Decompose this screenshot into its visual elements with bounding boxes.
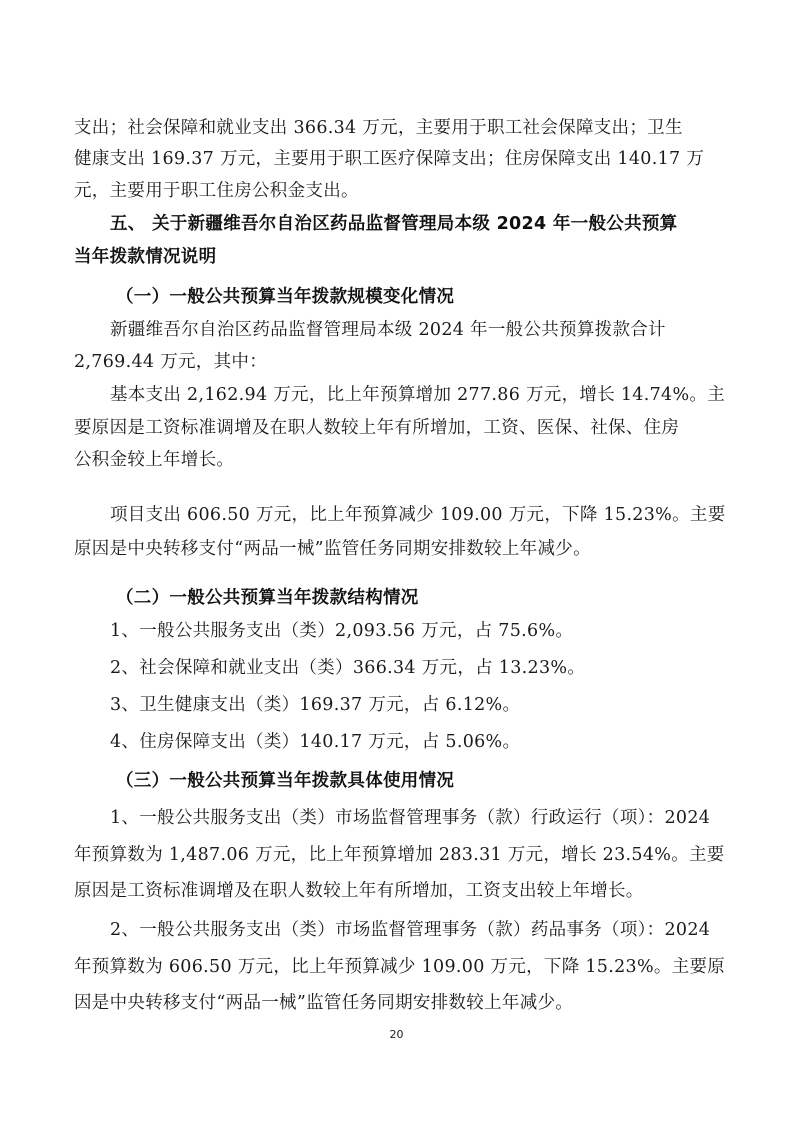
usage-item-2-cont1: 年预算数为 606.50 万元，比上年预算减少 109.00 万元，下降 15.…: [74, 955, 720, 979]
project-expenditure-para-cont: 原因是中央转移支付“两品一械”监管任务同期安排数较上年减少。: [74, 537, 720, 561]
subsection-3-title: （三）一般公共预算当年拨款具体使用情况: [116, 769, 762, 793]
basic-expenditure-para-cont2: 公积金较上年增长。: [74, 448, 720, 472]
continuation-line-3: 元，主要用于职工住房公积金支出。: [74, 179, 720, 203]
basic-expenditure-para: 基本支出 2,162.94 万元，比上年预算增加 277.86 万元，增长 14…: [110, 383, 756, 407]
section-five-title-cont: 当年拨款情况说明: [74, 245, 720, 269]
subsection-1-para1: 新疆维吾尔自治区药品监督管理局本级 2024 年一般公共预算拨款合计: [110, 318, 756, 342]
usage-item-1-cont2: 原因是工资标准调增及在职人数较上年有所增加，工资支出较上年增长。: [74, 879, 720, 903]
document-page: 支出；社会保障和就业支出 366.34 万元，主要用于职工社会保障支出；卫生 健…: [0, 0, 793, 1122]
subsection-1-para1-cont: 2,769.44 万元，其中：: [74, 350, 720, 374]
page-number: 20: [0, 1028, 793, 1041]
usage-item-1-cont1: 年预算数为 1,487.06 万元，比上年预算增加 283.31 万元，增长 2…: [74, 843, 720, 867]
structure-item-4: 4、住房保障支出（类）140.17 万元，占 5.06%。: [110, 730, 756, 754]
continuation-line-2: 健康支出 169.37 万元，主要用于职工医疗保障支出；住房保障支出 140.1…: [74, 147, 720, 171]
structure-item-1: 1、一般公共服务支出（类）2,093.56 万元，占 75.6%。: [110, 619, 756, 643]
subsection-1-title: （一）一般公共预算当年拨款规模变化情况: [116, 285, 762, 309]
continuation-line-1: 支出；社会保障和就业支出 366.34 万元，主要用于职工社会保障支出；卫生: [74, 116, 720, 140]
basic-expenditure-para-cont1: 要原因是工资标准调增及在职人数较上年有所增加，工资、医保、社保、住房: [74, 416, 720, 440]
structure-item-3: 3、卫生健康支出（类）169.37 万元，占 6.12%。: [110, 693, 756, 717]
usage-item-2-cont2: 因是中央转移支付“两品一械”监管任务同期安排数较上年减少。: [74, 991, 720, 1015]
subsection-2-title: （二）一般公共预算当年拨款结构情况: [116, 586, 762, 610]
usage-item-2: 2、一般公共服务支出（类）市场监督管理事务（款）药品事务（项）：2024: [110, 918, 756, 942]
usage-item-1: 1、一般公共服务支出（类）市场监督管理事务（款）行政运行（项）：2024: [110, 806, 756, 830]
project-expenditure-para: 项目支出 606.50 万元，比上年预算减少 109.00 万元，下降 15.2…: [110, 503, 756, 527]
section-five-title: 五、 关于新疆维吾尔自治区药品监督管理局本级 2024 年一般公共预算: [110, 212, 756, 236]
structure-item-2: 2、社会保障和就业支出（类）366.34 万元，占 13.23%。: [110, 656, 756, 680]
